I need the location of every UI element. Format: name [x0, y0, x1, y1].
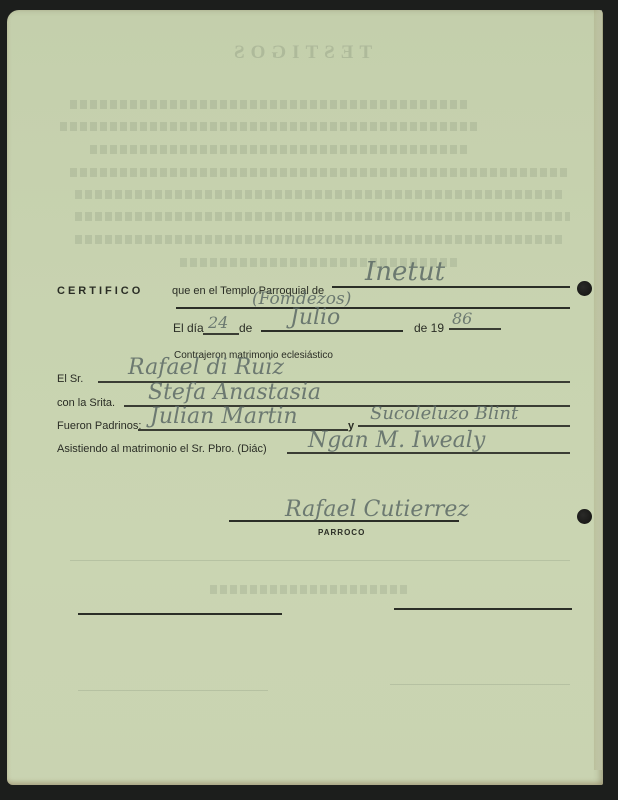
show-through-text: [70, 100, 470, 109]
show-through-rule: [78, 690, 268, 691]
templo-line-2: [176, 307, 570, 309]
show-through-text: [90, 145, 470, 154]
show-through-rule: [390, 684, 570, 685]
hole-punch: [577, 281, 592, 296]
anio-label: de 19: [414, 321, 444, 335]
padrino1-handwritten: Julian Martin: [150, 404, 298, 429]
show-through-text: [75, 190, 565, 199]
padrino2-handwritten: Sucoleluzo Blint: [370, 403, 518, 424]
page-edge: [594, 10, 602, 770]
signature-line: [229, 520, 459, 522]
de-label: de: [239, 321, 252, 335]
show-through-text: [70, 168, 570, 177]
dia-handwritten: 24: [208, 313, 228, 332]
anio-line: [449, 328, 501, 330]
blank-signature-line-right: [394, 608, 572, 610]
show-through-rule: [70, 560, 570, 561]
srita-label: con la Srita.: [57, 397, 115, 409]
show-through-text: [60, 122, 480, 131]
show-through-title: TESTIGOS: [228, 42, 372, 64]
show-through-text: [75, 235, 565, 244]
anio-handwritten: 86: [452, 309, 472, 328]
padrinos-label: Fueron Padrinos:: [57, 420, 141, 432]
dia-line: [203, 333, 239, 335]
show-through-text: [210, 585, 410, 594]
hole-punch: [577, 509, 592, 524]
mes-handwritten: Julio: [290, 305, 340, 330]
show-through-text: [75, 212, 570, 221]
mes-line: [261, 330, 403, 332]
sr-label: El Sr.: [57, 373, 83, 385]
pbro-label: Asistiendo al matrimonio el Sr. Pbro. (D…: [57, 443, 267, 455]
blank-signature-line-left: [78, 613, 282, 615]
parroco-signature: Rafael Cutierrez: [285, 497, 469, 522]
sr-handwritten: Rafael di Ruiz: [128, 355, 284, 380]
dia-label: El día: [173, 321, 204, 335]
parroco-label: PARROCO: [318, 528, 365, 537]
pbro-handwritten: Ngan M. Iwealy: [308, 428, 485, 453]
certifico-label: CERTIFICO: [57, 285, 143, 297]
padrino2-line: [358, 425, 570, 427]
srita-handwritten: Stefa Anastasia: [148, 380, 321, 405]
templo-handwritten: Inetut: [365, 257, 445, 287]
